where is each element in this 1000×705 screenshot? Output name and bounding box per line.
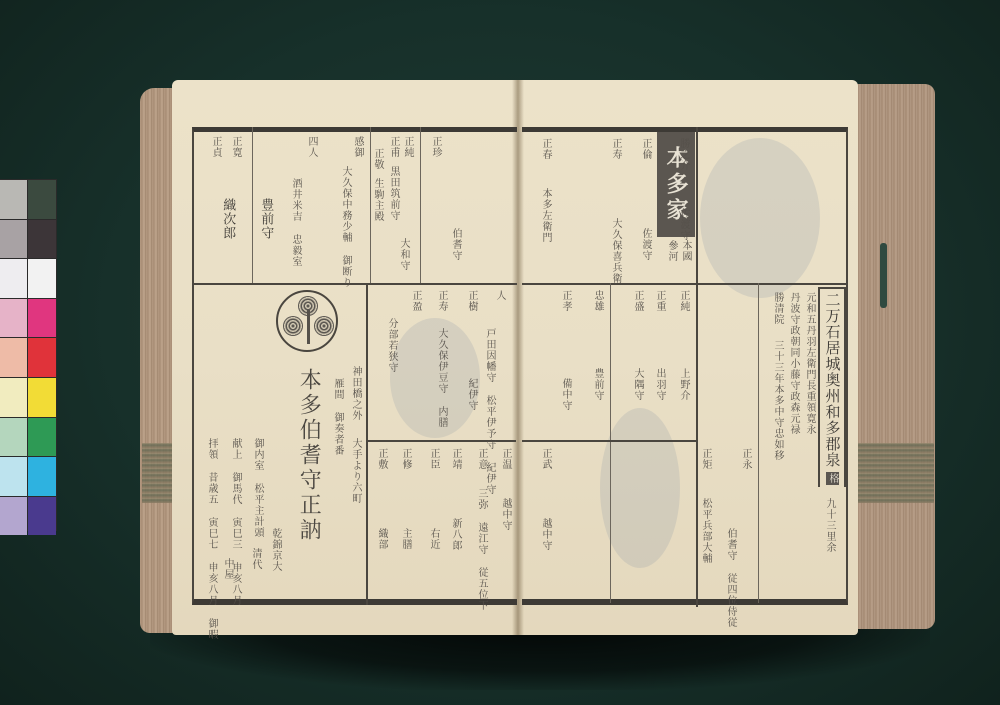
color-swatch <box>0 457 27 496</box>
history-line: 丹波守政朝同小藤守政森元禄 <box>788 292 799 435</box>
color-swatch <box>28 299 56 338</box>
title-badge: 格 <box>826 472 839 485</box>
entry-heading: 正修 <box>400 448 411 470</box>
rank-note: 雁間 御奏者番 <box>332 378 343 456</box>
open-book: 本多家 本國 參河 二万石居城奥州和多郡泉 格 元和五丹羽左衛門長重領寛永 丹波… <box>140 78 935 638</box>
entry-body: 越中守 <box>540 518 551 551</box>
color-swatch <box>0 299 27 338</box>
entry-body: 織次郎 <box>220 198 234 240</box>
entry-body: 伯耆守 従四位侍従 <box>725 528 736 628</box>
entry-body: 佐渡守 <box>640 228 651 261</box>
history-line: 三十三年本多中守忠如移 <box>772 340 783 461</box>
house-name-box: 本多家 <box>657 132 695 237</box>
entry-heading: 人 <box>494 290 505 301</box>
entry-heading: 正敷 <box>376 448 387 470</box>
entry-body: 右近 <box>428 528 439 550</box>
entry-body: 大久保中務少輔 御断り <box>340 166 351 288</box>
lord-name: 本多伯耆守正訥 <box>296 368 320 543</box>
distance-note: 九十三里余 <box>824 498 835 553</box>
entry-heading: 勝之介 <box>678 138 689 171</box>
entry-body: 紀伊守 <box>466 378 477 411</box>
color-swatch <box>0 180 27 219</box>
home-province-label: 本國 <box>680 240 691 262</box>
right-divider-upper <box>522 283 848 285</box>
residence: 神田橋之外 <box>350 366 361 421</box>
color-swatch <box>28 418 56 457</box>
entry-heading: 正貞 <box>210 136 221 158</box>
edge-ink-mark <box>880 243 887 308</box>
left-column-rule <box>252 127 253 283</box>
entry-body: 豊前守 <box>258 198 272 240</box>
entry-heading: 正樹 <box>466 290 477 312</box>
entry-heading: 正春 <box>540 138 551 160</box>
entry-body: 大隅守 <box>632 368 643 401</box>
entry-body: 本多左衛門 <box>540 188 551 243</box>
entry-body: 大和守 <box>398 238 409 271</box>
footer-note: 中屋 <box>222 558 233 580</box>
home-province: 參河 <box>666 240 677 262</box>
fief-title: 二万石居城奥州和多郡泉 <box>824 292 841 468</box>
color-swatch <box>0 418 27 457</box>
lower-left-line: 拝領 昔歳五 寅巳七 申亥八月 御暇 <box>206 438 217 640</box>
entry-body: 伯耆守 <box>450 228 461 261</box>
entry-heading: 正寛 <box>230 136 241 158</box>
color-checker <box>0 179 57 531</box>
left-column-rule <box>420 127 421 283</box>
left-divider-upper <box>192 283 517 285</box>
color-swatch <box>0 259 27 298</box>
color-swatch <box>28 180 56 219</box>
left-column-rule <box>370 127 371 283</box>
entry-heading: 忠雄 <box>592 290 603 312</box>
distance: 大手より六町 <box>350 438 361 504</box>
entry-heading: 正敬 <box>372 148 383 170</box>
right-column-rule <box>610 283 611 603</box>
entry-heading: 正純 <box>678 290 689 312</box>
entry-heading: 正孝 <box>560 290 571 312</box>
tachi-aoi-crest-icon <box>276 290 338 352</box>
color-swatch <box>0 338 27 377</box>
entry-heading: 正倫 <box>640 138 651 160</box>
color-swatch <box>28 457 56 496</box>
entry-heading: 正重 <box>654 290 665 312</box>
left-divider-vertical <box>366 283 368 605</box>
right-column-rule <box>758 283 759 603</box>
color-swatch <box>28 378 56 417</box>
footer-note: 清代 <box>250 548 261 570</box>
entry-heading: 正臣 <box>428 448 439 470</box>
page-edge-right <box>850 84 935 629</box>
entry-body: 松平兵部大輔 <box>700 498 711 564</box>
color-swatch <box>0 378 27 417</box>
color-swatch <box>28 220 56 259</box>
color-swatch <box>28 338 56 377</box>
entry-heading: 正寿 <box>436 290 447 312</box>
entry-body: 黒田筑前守 <box>388 166 399 221</box>
entry-body: 大久保伊豆守 内膳 <box>436 328 447 428</box>
entry-heading: 正盈 <box>410 290 421 312</box>
entry-body: 新八郎 <box>450 518 461 551</box>
entry-heading: 四人 <box>306 136 317 158</box>
right-divider-vertical <box>696 127 698 607</box>
history-line: 勝清院 <box>772 292 783 325</box>
color-swatch <box>0 497 27 536</box>
entry-heading: 正武 <box>540 448 551 470</box>
history-line: 元和五丹羽左衛門長重領寛永 <box>804 292 815 435</box>
entry-heading: 正靖 <box>450 448 461 470</box>
entry-body: 三弥 遠江守 従五位下 <box>476 488 487 611</box>
entry-heading: 正永 <box>740 448 751 470</box>
entry-heading: 正温 <box>500 448 511 470</box>
entry-body: 織部 <box>376 528 387 550</box>
entry-body: 酒井米吉 忠毅室 <box>290 178 301 267</box>
color-swatch <box>0 220 27 259</box>
entry-body: 主膳 <box>400 528 411 550</box>
entry-body: 備中守 <box>560 378 571 411</box>
entry-body: 分部若狭守 <box>386 318 397 373</box>
entry-heading: 正珍 <box>430 136 441 158</box>
lower-left-line: 御内室 松平主計頭 <box>252 438 263 538</box>
entry-heading: 正寿 <box>610 138 621 160</box>
entry-body: 出羽守 <box>654 368 665 401</box>
footer-note: 乾錦京大 <box>270 528 281 572</box>
edge-band-right <box>852 443 934 503</box>
entry-heading: 正甫 <box>388 136 399 158</box>
entry-heading: 正純 <box>402 136 413 158</box>
color-swatch <box>28 497 56 536</box>
entry-body: 大久保喜兵衛 <box>610 218 621 284</box>
entry-heading: 正矩 <box>700 448 711 470</box>
entry-heading: 正盛 <box>632 290 643 312</box>
entry-body: 越中守 <box>500 498 511 531</box>
right-divider-lower <box>522 440 696 442</box>
entry-heading: 感御 <box>352 136 363 158</box>
color-swatch <box>28 259 56 298</box>
entry-body: 佐渡守 <box>678 208 689 241</box>
entry-heading: 正意 <box>476 448 487 470</box>
entry-body: 豊前守 <box>592 368 603 401</box>
lower-left-line: 献上 御馬代 寅巳三 申亥八月 <box>230 438 241 606</box>
entry-body: 上野介 <box>678 368 689 401</box>
entry-body: 生駒主殿 <box>372 178 383 222</box>
